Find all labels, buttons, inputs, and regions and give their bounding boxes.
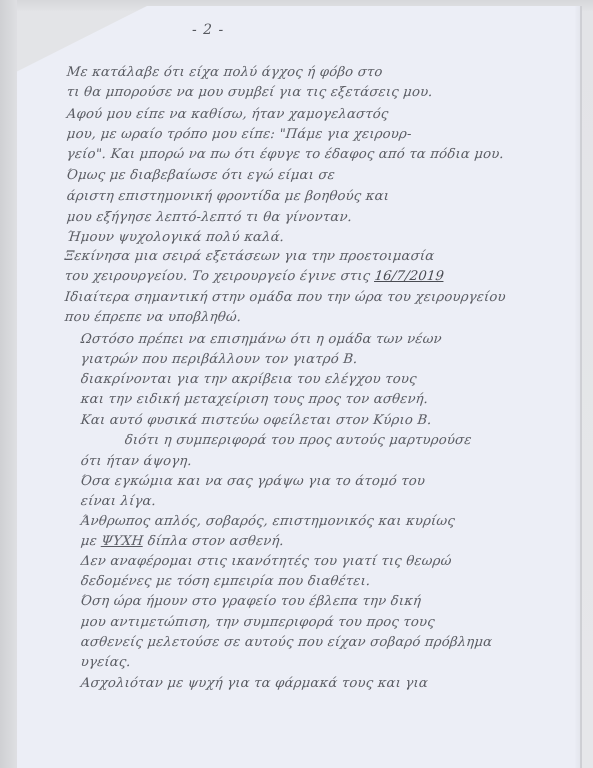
line-text: τι θα μπορούσε να μου συμβεί για τις εξε… [66, 85, 433, 100]
line-text: διακρίνονται για την ακρίβεια του ελέγχο… [80, 372, 418, 387]
handwritten-line: Όση ώρα ήμουν στο γραφείο του έβλεπα την… [80, 594, 422, 609]
handwritten-line: Και αυτό φυσικά πιστεύω οφείλεται στον Κ… [80, 413, 432, 428]
line-text: ασθενείς μελετούσε σε αυτούς που είχαν σ… [80, 635, 493, 650]
handwritten-line: μου εξήγησε λεπτό-λεπτό τι θα γίνονταν. [66, 210, 353, 225]
scanned-page: - 2 - Με κατάλαβε ότι είχα πολύ άγχος ή … [0, 0, 593, 768]
line-text: Όμως με διαβεβαίωσε ότι εγώ είμαι σε [66, 168, 336, 183]
line-text: ότι ήταν άψογη. [80, 454, 193, 469]
handwritten-line: διακρίνονται για την ακρίβεια του ελέγχο… [80, 372, 418, 387]
handwritten-line: του χειρουργείου. Το χειρουργείο έγινε σ… [64, 269, 445, 284]
handwritten-line: μου αντιμετώπιση, την συμπεριφορά του πρ… [80, 615, 436, 630]
line-text: είναι λίγα. [80, 494, 157, 509]
page-number: - 2 - [192, 22, 224, 38]
line-text: Όσα εγκώμια και να σας γράψω για το άτομ… [80, 474, 426, 489]
handwritten-line: Ασχολιόταν με ψυχή για τα φάρμακά τους κ… [80, 676, 429, 691]
handwritten-line: Ήμουν ψυχολογικά πολύ καλά. [66, 230, 285, 245]
surgery-date: 16/7/2019 [374, 269, 445, 284]
line-text: υγείας. [80, 655, 132, 670]
line-text: δεδομένες με τόση εμπειρία που διαθέτει. [80, 574, 371, 589]
handwritten-line: ότι ήταν άψογη. [80, 454, 193, 469]
line-text: μου, με ωραίο τρόπο μου είπε: "Πάμε για … [66, 127, 412, 142]
line-text: Με κατάλαβε ότι είχα πολύ άγχος ή φόβο σ… [66, 65, 383, 80]
line-text: Αφού μου είπε να καθίσω, ήταν χαμογελαστ… [66, 107, 389, 122]
handwritten-line: με ΨΥΧΗ δίπλα στον ασθενή. [80, 534, 285, 549]
line-text: Ωστόσο πρέπει να επισημάνω ότι η ομάδα τ… [80, 332, 443, 347]
line-text: γείο". Και μπορώ να πω ότι έφυγε το έδαφ… [66, 147, 505, 162]
handwritten-line: δεδομένες με τόση εμπειρία που διαθέτει. [80, 574, 371, 589]
handwritten-line: Με κατάλαβε ότι είχα πολύ άγχος ή φόβο σ… [66, 65, 383, 80]
handwritten-line: γιατρών που περιβάλλουν τον γιατρό Β. [80, 352, 358, 367]
line-text-rest: δίπλα στον ασθενή. [142, 534, 284, 549]
line-text: με [80, 534, 98, 549]
line-text: Ήμουν ψυχολογικά πολύ καλά. [66, 230, 285, 245]
handwritten-line: Ξεκίνησα μια σειρά εξετάσεων για την προ… [64, 249, 435, 264]
handwritten-line: είναι λίγα. [80, 494, 157, 509]
handwritten-line: που έπρεπε να υποβληθώ. [64, 310, 242, 325]
line-text: γιατρών που περιβάλλουν τον γιατρό Β. [80, 352, 358, 367]
scanner-margin [0, 0, 17, 768]
line-text: που έπρεπε να υποβληθώ. [64, 310, 242, 325]
line-text: Όση ώρα ήμουν στο γραφείο του έβλεπα την… [80, 594, 422, 609]
line-text: Ασχολιόταν με ψυχή για τα φάρμακά τους κ… [80, 676, 429, 691]
emphasized-word: ΨΥΧΗ [100, 534, 144, 549]
line-text: Και αυτό φυσικά πιστεύω οφείλεται στον Κ… [80, 413, 432, 428]
handwritten-line: Όσα εγκώμια και να σας γράψω για το άτομ… [80, 474, 426, 489]
handwritten-line: άριστη επιστημονική φροντίδα με βοηθούς … [66, 189, 390, 204]
handwritten-line: τι θα μπορούσε να μου συμβεί για τις εξε… [66, 85, 433, 100]
line-text: μου εξήγησε λεπτό-λεπτό τι θα γίνονταν. [66, 210, 353, 225]
handwritten-line: Όμως με διαβεβαίωσε ότι εγώ είμαι σε [66, 168, 336, 183]
handwritten-line: και την ειδική μεταχείριση τους προς τον… [80, 392, 429, 407]
handwritten-line: Δεν αναφέρομαι στις ικανότητές του γιατί… [80, 554, 452, 569]
line-text: μου αντιμετώπιση, την συμπεριφορά του πρ… [80, 615, 436, 630]
handwritten-line: Ωστόσο πρέπει να επισημάνω ότι η ομάδα τ… [80, 332, 443, 347]
handwritten-line: γείο". Και μπορώ να πω ότι έφυγε το έδαφ… [66, 147, 505, 162]
handwritten-line: ασθενείς μελετούσε σε αυτούς που είχαν σ… [80, 635, 493, 650]
line-text: Ιδιαίτερα σημαντική στην ομάδα που την ώ… [64, 290, 507, 305]
line-text: και την ειδική μεταχείριση τους προς τον… [80, 392, 429, 407]
line-text: Ξεκίνησα μια σειρά εξετάσεων για την προ… [64, 249, 435, 264]
line-text: Άνθρωπος απλός, σοβαρός, επιστημονικός κ… [80, 514, 456, 529]
handwritten-line: Αφού μου είπε να καθίσω, ήταν χαμογελαστ… [66, 107, 389, 122]
handwritten-line: Ιδιαίτερα σημαντική στην ομάδα που την ώ… [64, 290, 507, 305]
handwritten-line: μου, με ωραίο τρόπο μου είπε: "Πάμε για … [66, 127, 412, 142]
handwritten-line: διότι η συμπεριφορά του προς αυτούς μαρτ… [124, 433, 472, 448]
line-text: άριστη επιστημονική φροντίδα με βοηθούς … [66, 189, 390, 204]
handwritten-line: Άνθρωπος απλός, σοβαρός, επιστημονικός κ… [80, 514, 456, 529]
line-text: του χειρουργείου. Το χειρουργείο έγινε σ… [64, 269, 371, 284]
line-text: διότι η συμπεριφορά του προς αυτούς μαρτ… [124, 433, 472, 448]
line-text: Δεν αναφέρομαι στις ικανότητές του γιατί… [80, 554, 452, 569]
handwritten-line: υγείας. [80, 655, 132, 670]
